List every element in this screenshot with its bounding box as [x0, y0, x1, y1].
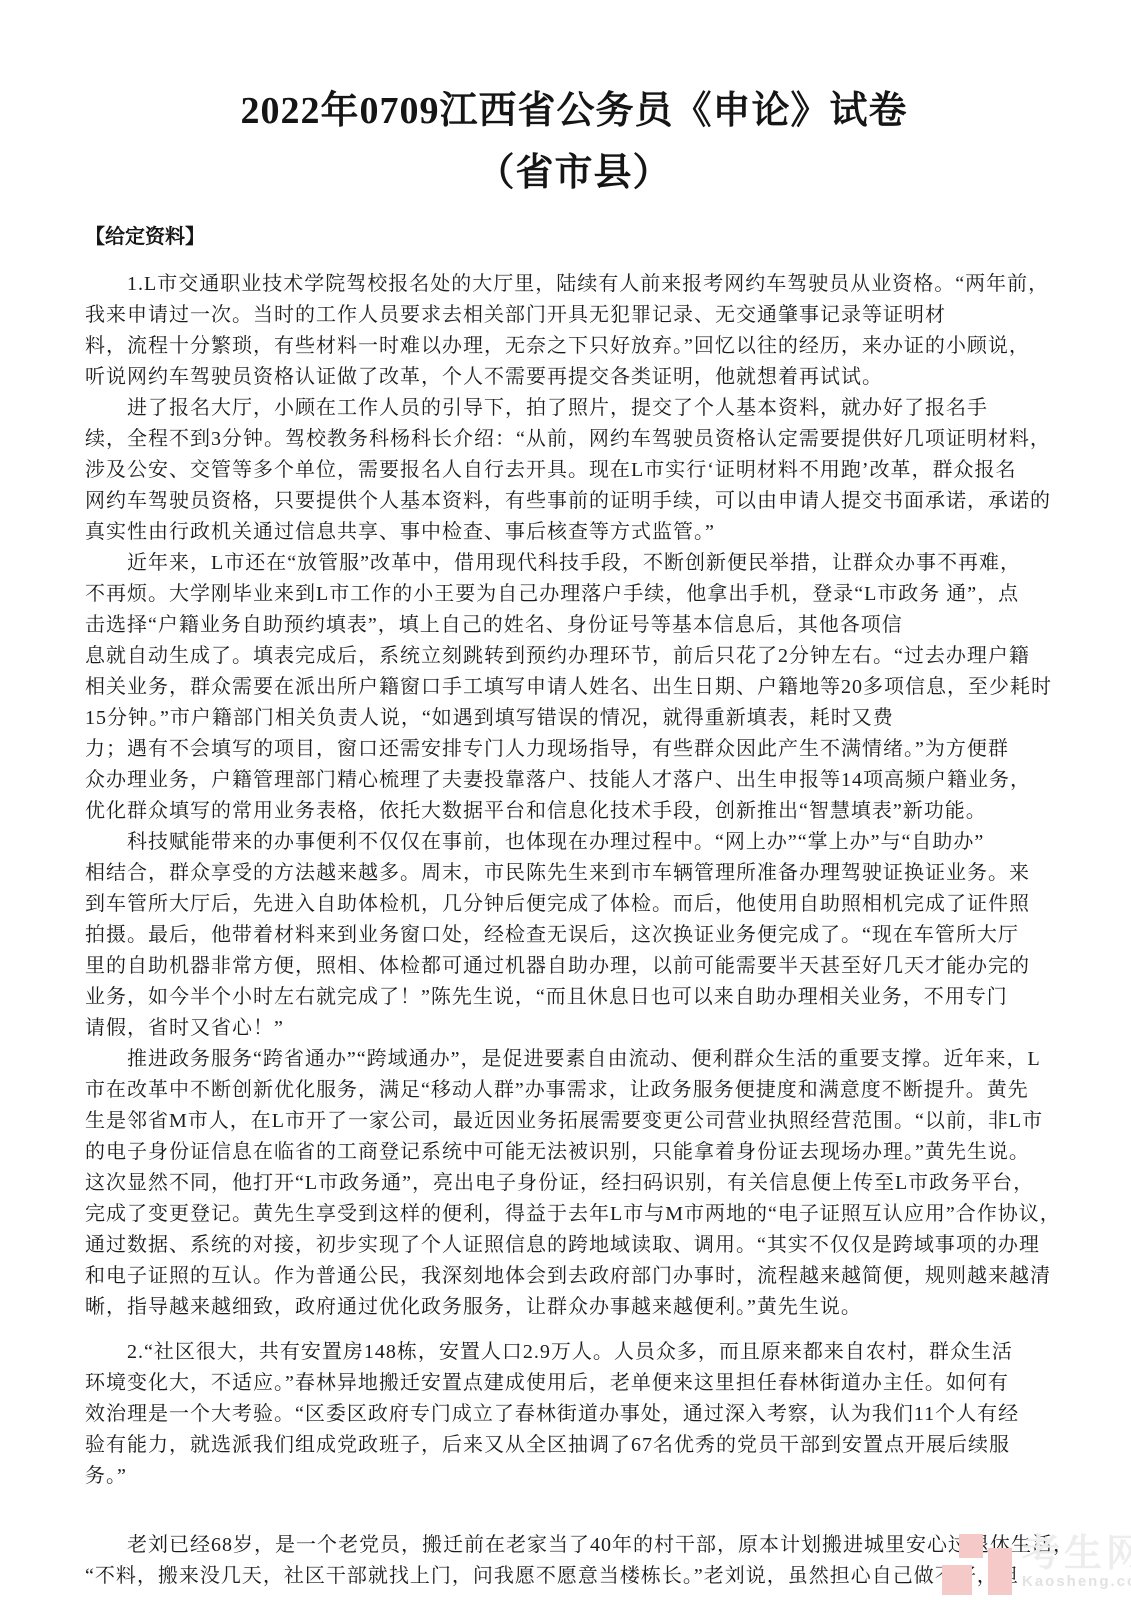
- paragraph-line: 2.“社区很大，共有安置房148栋，安置人口2.9万人。人员众多，而且原来都来自…: [85, 1337, 1063, 1368]
- document-content: 2022年0709江西省公务员《申论》试卷 （省市县） 【给定资料】 1.L市交…: [0, 0, 1131, 1592]
- paragraph: 老刘已经68岁，是一个老党员，搬迁前在老家当了40年的村干部，原本计划搬进城里安…: [85, 1530, 1063, 1592]
- paragraph-line: 1.L市交通职业技术学院驾校报名处的大厅里，陆续有人前来报考网约车驾驶员从业资格…: [85, 269, 1063, 300]
- paragraph-line: 生是邻省M市人，在L市开了一家公司，最近因业务拓展需要变更公司营业执照经营范围。…: [85, 1106, 1063, 1137]
- paragraph-line: 网约车驾驶员资格，只要提供个人基本资料，有些事前的证明手续，可以由申请人提交书面…: [85, 486, 1063, 517]
- paragraph-line: 务。”: [85, 1461, 1063, 1492]
- paragraph-line: 众办理业务，户籍管理部门精心梳理了夫妻投靠落户、技能人才落户、出生申报等14项高…: [85, 765, 1063, 796]
- paragraph-line: 这次显然不同，他打开“L市政务通”，亮出电子身份证，经扫码识别，有关信息便上传至…: [85, 1168, 1063, 1199]
- paragraph-line: 通过数据、系统的对接，初步实现了个人证照信息的跨地域读取、调用。“其实不仅仅是跨…: [85, 1230, 1063, 1261]
- paragraph-line: 15分钟。”市户籍部门相关负责人说，“如遇到填写错误的情况，就得重新填表，耗时又…: [85, 703, 1063, 734]
- paragraph-line: 环境变化大，不适应。”春林异地搬迁安置点建成使用后，老单便来这里担任春林街道办主…: [85, 1368, 1063, 1399]
- paragraph: 科技赋能带来的办事便利不仅仅在事前，也体现在办理过程中。“网上办”“掌上办”与“…: [85, 827, 1063, 1044]
- paragraph-line: 力；遇有不会填写的项目，窗口还需安排专门人力现场指导，有些群众因此产生不满情绪。…: [85, 734, 1063, 765]
- document-page: 2022年0709江西省公务员《申论》试卷 （省市县） 【给定资料】 1.L市交…: [0, 0, 1131, 1600]
- paragraph-line: 我来申请过一次。当时的工作人员要求去相关部门开具无犯罪记录、无交通肇事记录等证明…: [85, 300, 1063, 331]
- paragraph-line: 科技赋能带来的办事便利不仅仅在事前，也体现在办理过程中。“网上办”“掌上办”与“…: [85, 827, 1063, 858]
- paragraph-line: 里的自助机器非常方便，照相、体检都可通过机器自助办理，以前可能需要半天甚至好几天…: [85, 951, 1063, 982]
- paragraph-line: 息就自动生成了。填表完成后，系统立刻跳转到预约办理环节，前后只花了2分钟左右。“…: [85, 641, 1063, 672]
- paragraph-line: 到车管所大厅后，先进入自助体检机，几分钟后便完成了体检。而后，他使用自助照相机完…: [85, 889, 1063, 920]
- logo-block: [988, 1548, 1012, 1595]
- section-heading: 【给定资料】: [85, 220, 1063, 249]
- document-body: 1.L市交通职业技术学院驾校报名处的大厅里，陆续有人前来报考网约车驾驶员从业资格…: [85, 269, 1063, 1592]
- watermark-text: 考生网 Kaosheng.com: [1022, 1534, 1131, 1590]
- paragraph-line: 的电子身份证信息在临省的工商登记系统中可能无法被识别，只能拿着身份证去现场办理。…: [85, 1137, 1063, 1168]
- paragraph-line: 验有能力，就选派我们组成党政班子，后来又从全区抽调了67名优秀的党员干部到安置点…: [85, 1430, 1063, 1461]
- watermark-cn-label: 考生网: [1022, 1534, 1131, 1574]
- paragraph-line: 和电子证照的互认。作为普通公民，我深刻地体会到去政府部门办事时，流程越来越简便，…: [85, 1261, 1063, 1292]
- watermark-en-label: Kaosheng.com: [1022, 1574, 1131, 1590]
- paragraph-line: 效治理是一个大考验。“区委区政府专门成立了春林街道办事处，通过深入考察，认为我们…: [85, 1399, 1063, 1430]
- paragraph: 近年来，L市还在“放管服”改革中，借用现代科技手段，不断创新便民举措，让群众办事…: [85, 548, 1063, 827]
- paragraph-line: 优化群众填写的常用业务表格，依托大数据平台和信息化技术手段，创新推出“智慧填表”…: [85, 796, 1063, 827]
- paragraph-line: 续，全程不到3分钟。驾校教务科杨科长介绍：“从前，网约车驾驶员资格认定需要提供好…: [85, 424, 1063, 455]
- paragraph-line: 请假，省时又省心！”: [85, 1013, 1063, 1044]
- document-title: 2022年0709江西省公务员《申论》试卷: [85, 86, 1063, 136]
- paragraph-line: 相关业务，群众需要在派出所户籍窗口手工填写申请人姓名、出生日期、户籍地等20多项…: [85, 672, 1063, 703]
- paragraph: 推进政务服务“跨省通办”“跨域通办”，是促进要素自由流动、便利群众生活的重要支撑…: [85, 1044, 1063, 1323]
- watermark: 考生网 Kaosheng.com: [942, 1534, 1131, 1598]
- paragraph-line: 听说网约车驾驶员资格认证做了改革，个人不需要再提交各类证明，他就想着再试试。: [85, 362, 1063, 393]
- paragraph-line: 完成了变更登记。黄先生享受到这样的便利，得益于去年L市与M市两地的“电子证照互认…: [85, 1199, 1063, 1230]
- paragraph: 1.L市交通职业技术学院驾校报名处的大厅里，陆续有人前来报考网约车驾驶员从业资格…: [85, 269, 1063, 393]
- paragraph-line: 真实性由行政机关通过信息共享、事中检查、事后核查等方式监管。”: [85, 517, 1063, 548]
- paragraph: 进了报名大厅，小顾在工作人员的引导下，拍了照片，提交了个人基本资料，就办好了报名…: [85, 393, 1063, 548]
- paragraph-line: “不料，搬来没几天，社区干部就找上门，问我愿不愿意当楼栋长。”老刘说，虽然担心自…: [85, 1561, 1063, 1592]
- paragraph-line: 推进政务服务“跨省通办”“跨域通办”，是促进要素自由流动、便利群众生活的重要支撑…: [85, 1044, 1063, 1075]
- paragraph-line: 击选择“户籍业务自助预约填表”，填上自己的姓名、身份证号等基本信息后，其他各项信: [85, 610, 1063, 641]
- paragraph-line: 涉及公安、交管等多个单位，需要报名人自行去开具。现在L市实行‘证明材料不用跑’改…: [85, 455, 1063, 486]
- paragraph-line: 拍摄。最后，他带着材料来到业务窗口处，经检查无误后，这次换证业务便完成了。“现在…: [85, 920, 1063, 951]
- paragraph-line: 料，流程十分繁琐，有些材料一时难以办理，无奈之下只好放弃。”回忆以往的经历，来办…: [85, 331, 1063, 362]
- kaosheng-logo-icon: [942, 1534, 1014, 1598]
- paragraph-line: 进了报名大厅，小顾在工作人员的引导下，拍了照片，提交了个人基本资料，就办好了报名…: [85, 393, 1063, 424]
- paragraph-line: 业务，如今半个小时左右就完成了！”陈先生说，“而且休息日也可以来自助办理相关业务…: [85, 982, 1063, 1013]
- paragraph-line: 相结合，群众享受的方法越来越多。周末，市民陈先生来到市车辆管理所准备办理驾驶证换…: [85, 858, 1063, 889]
- logo-block: [942, 1565, 972, 1595]
- document-subtitle: （省市县）: [85, 148, 1063, 198]
- paragraph-line: 晰，指导越来越细致，政府通过优化政务服务，让群众办事越来越便利。”黄先生说。: [85, 1292, 1063, 1323]
- paragraph-line: 不再烦。大学刚毕业来到L市工作的小王要为自己办理落户手续，他拿出手机，登录“L市…: [85, 579, 1063, 610]
- paragraph-line: 近年来，L市还在“放管服”改革中，借用现代科技手段，不断创新便民举措，让群众办事…: [85, 548, 1063, 579]
- paragraph-line: 市在改革中不断创新优化服务，满足“移动人群”办事需求，让政务服务便捷度和满意度不…: [85, 1075, 1063, 1106]
- paragraph-line: 老刘已经68岁，是一个老党员，搬迁前在老家当了40年的村干部，原本计划搬进城里安…: [85, 1530, 1063, 1561]
- logo-block: [959, 1534, 983, 1558]
- paragraph: 2.“社区很大，共有安置房148栋，安置人口2.9万人。人员众多，而且原来都来自…: [85, 1337, 1063, 1492]
